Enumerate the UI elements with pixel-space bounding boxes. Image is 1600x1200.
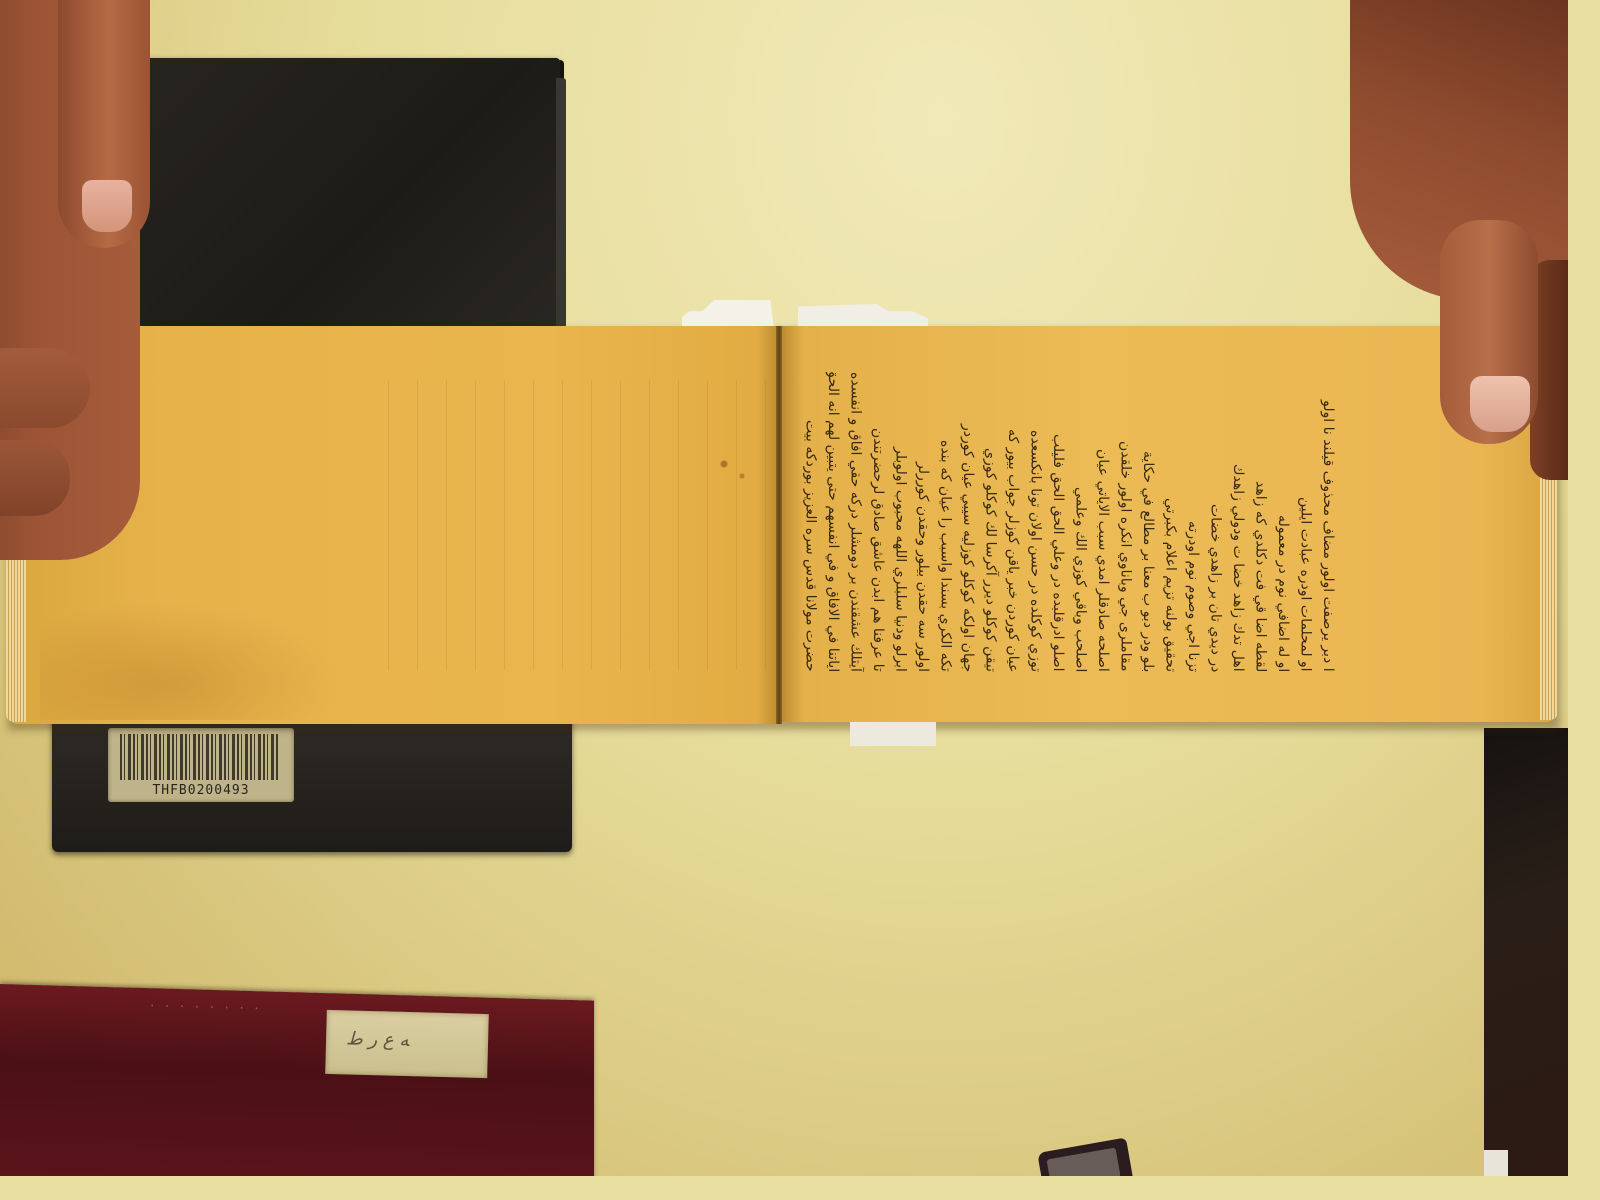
text-line: او لمحلمات اودره عبادت ايلين (1295, 372, 1318, 672)
text-line: عيان كوردن خبر ياقن كوزلر جواب بيور كه (1003, 372, 1026, 672)
paper-slip-left (682, 300, 774, 328)
text-line: تيقن كوكلو ديرر آكرسا لك كوكلو كوزي (980, 372, 1003, 672)
text-line: تحقيق بولنه تزيم اعلام بكبرتي (1160, 372, 1183, 672)
manuscript-text-block: حضرت مولانا قدس سره العزيز بوردكه بيت اي… (800, 372, 1340, 672)
water-stain (40, 600, 340, 720)
text-line: تا عرفنا هم ابدن عاشق صادق لرحضرتندن (868, 372, 891, 672)
left-finger (0, 348, 90, 428)
photo-scene: THFB0200493 · · · · · · · · ﻪ ﻉ ﺭ ﻁ حضرت… (0, 0, 1568, 1176)
barcode-icon (120, 734, 280, 780)
white-card (1484, 1150, 1508, 1176)
left-finger (0, 440, 70, 516)
text-line: لقطه اضا قي فت دكلدي كه زاهد (1250, 372, 1273, 672)
text-line: او له اضافي نوم در معموله (1273, 372, 1296, 672)
paper-slip-bottom (850, 718, 936, 746)
text-line: اصلو ادرقلبده در وعلي الحق الحق فليلب (1048, 372, 1071, 672)
left-thumbnail (82, 180, 132, 232)
left-page-ruling (360, 380, 780, 670)
dark-book-top-edge (556, 78, 566, 328)
foxing-spots (700, 440, 760, 500)
text-line: جهان اولكه كوكلو كوزليه سيبي عيان كوردر (958, 372, 981, 672)
dark-object-bottom (1037, 1137, 1133, 1176)
text-line: اهل تدك زاهد خضا ت ودولي زاهدك (1228, 372, 1251, 672)
dark-object-right-edge (1484, 728, 1568, 1176)
text-line: تزنا اجي وصوم نوم اودرته (1183, 372, 1206, 672)
text-line: اياتنا في الافاق و في انفسهم حتى يتبين ل… (823, 372, 846, 672)
text-line: اصلحب وباقي كوزي الك وعلمي (1070, 372, 1093, 672)
right-thumbnail (1470, 376, 1530, 432)
text-line: بلو ودر دبو ب معنا بر مطالع في حكاية (1138, 372, 1161, 672)
dark-object-window (1046, 1147, 1120, 1176)
text-line: اولور سه حقدن بيلور وحقدن كوررلر (913, 372, 936, 672)
barcode-label: THFB0200493 (108, 728, 294, 802)
text-line: حضرت مولانا قدس سره العزيز بوردكه بيت (800, 372, 823, 672)
manuscript-gutter (776, 326, 782, 724)
text-line: مقاملرى جي وباناوي انكره اولور خلقدن (1115, 372, 1138, 672)
text-line: ا دبر يرصفت اولور مضاف محذوف قيلند نا او… (1318, 372, 1341, 672)
red-book: · · · · · · · · (0, 984, 594, 1176)
red-book-faded-text: · · · · · · · · (150, 998, 262, 1017)
text-line: آيتلك عشقندن بر دومشلر دركه حقي افاق و ا… (845, 372, 868, 672)
text-line: اصلحه صادقلر امدي سبب الاياتي عيان (1093, 372, 1116, 672)
text-line: توزي كوكلده در حسن اولان تونا بانكسعده (1025, 372, 1048, 672)
text-line: ابرلو ودنيا سلبلري اللهه محبوب اولوبلر (890, 372, 913, 672)
text-line: تكه الكري بسندا واسبب را عيان كه بنده (935, 372, 958, 672)
barcode-number: THFB0200493 (108, 783, 294, 798)
tape-label: ﻪ ﻉ ﺭ ﻁ (325, 1010, 489, 1078)
text-line: در ديدي تان بر زاهدي خضات (1205, 372, 1228, 672)
tape-label-handwriting: ﻪ ﻉ ﺭ ﻁ (346, 1028, 409, 1051)
paper-slip-right (798, 304, 928, 328)
